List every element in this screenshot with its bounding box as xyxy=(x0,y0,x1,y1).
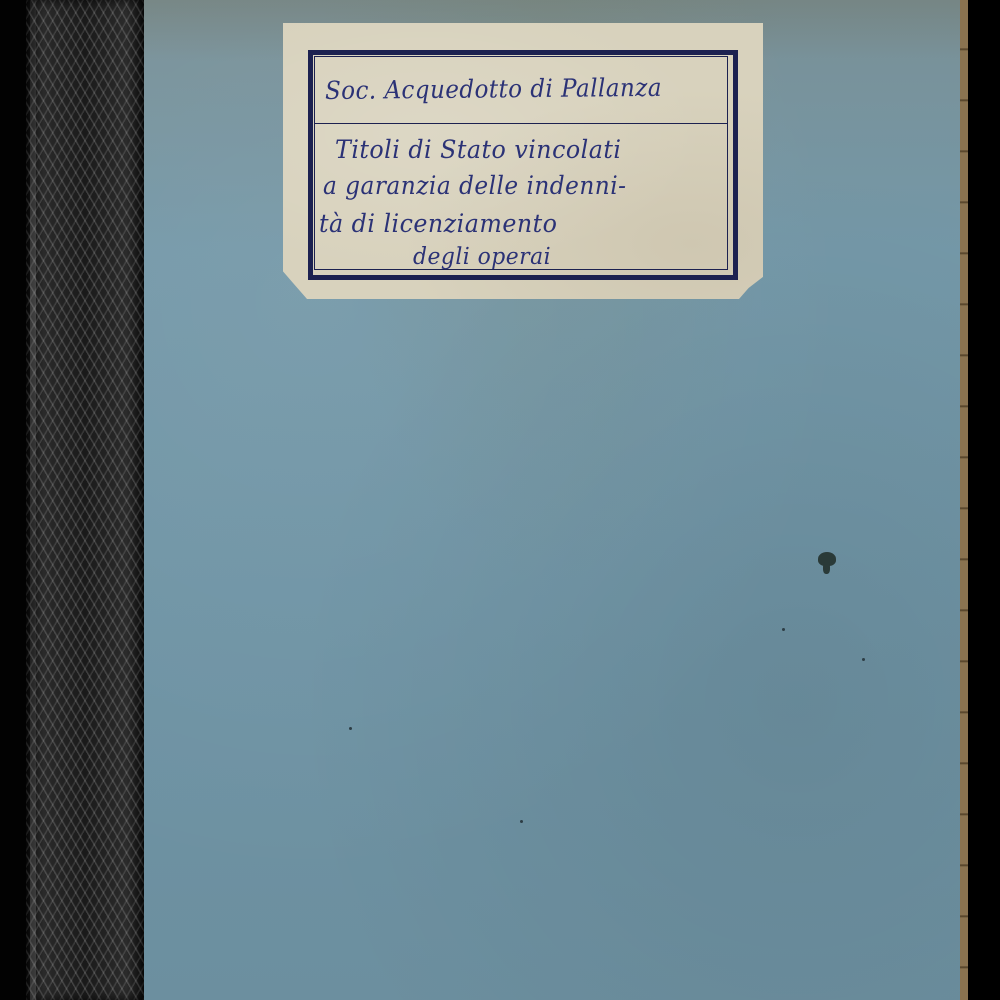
page-edges xyxy=(960,0,968,1000)
notebook-photo: Soc. Acquedotto di Pallanza Titoli di St… xyxy=(0,0,1000,1000)
speck xyxy=(782,628,785,631)
speck xyxy=(349,727,352,730)
speck xyxy=(862,658,865,661)
spine-highlight xyxy=(30,0,36,1000)
label-line-1: Titoli di Stato vincolati xyxy=(335,135,621,164)
label-line-2: a garanzia delle indenni- xyxy=(323,171,626,200)
background xyxy=(968,0,1000,1000)
label-line-3: tà di licenziamento xyxy=(319,209,557,238)
book-spine xyxy=(26,0,144,1000)
label-title-rule xyxy=(314,123,728,124)
ink-stain-drip xyxy=(823,562,830,574)
cover-label: Soc. Acquedotto di Pallanza Titoli di St… xyxy=(283,23,763,299)
speck xyxy=(520,820,523,823)
label-title: Soc. Acquedotto di Pallanza xyxy=(325,73,662,105)
label-line-4: degli operai xyxy=(413,244,551,270)
